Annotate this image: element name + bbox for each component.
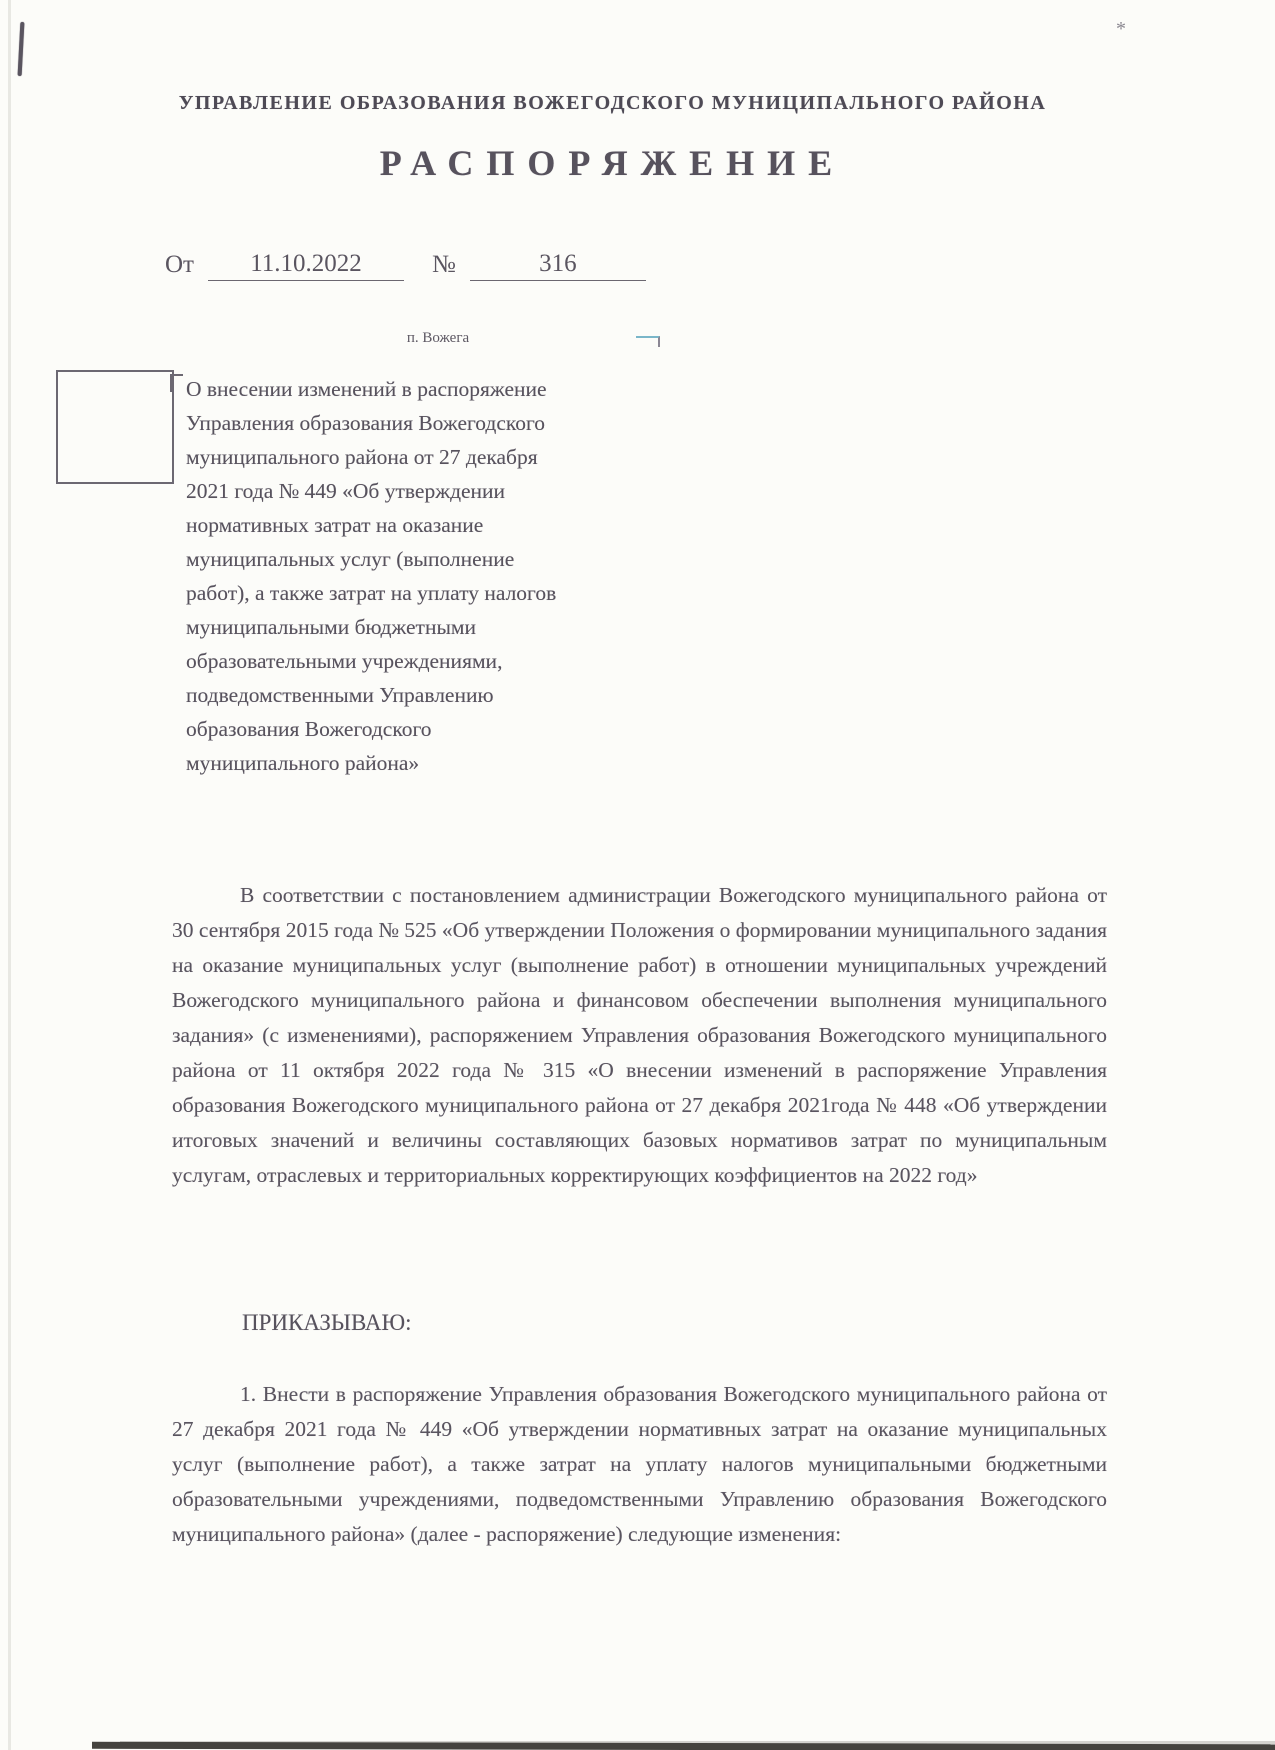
title-line: нормативных затрат на оказание [186,508,666,542]
order-keyword: ПРИКАЗЫВАЮ: [242,1310,412,1336]
number-label: № [432,251,456,281]
title-line: образования Вожегодского [186,712,666,746]
corner-bracket-right [636,336,660,347]
preamble-paragraph: В соответствии с постановлением админист… [172,878,1107,1193]
title-line: муниципального района от 27 декабря [186,440,666,474]
organization-name: УПРАВЛЕНИЕ ОБРАЗОВАНИЯ ВОЖЕГОДСКОГО МУНИ… [140,92,1085,115]
stamp-box [56,370,174,484]
date-number-row: От 11.10.2022 № 316 [165,250,646,281]
corner-bracket-left [170,374,183,392]
title-line: образовательными учреждениями, [186,644,666,678]
title-line: муниципальными бюджетными [186,610,666,644]
scan-bottom-edge [92,1742,1275,1750]
title-line: муниципальных услуг (выполнение [186,542,666,576]
pen-stroke-mark [18,22,25,76]
number-value: 316 [470,250,646,281]
title-line: О внесении изменений в распоряжение [186,372,666,406]
title-line: работ), а также затрат на уплату налогов [186,576,666,610]
date-value: 11.10.2022 [208,250,404,281]
title-line: Управления образования Вожегодского [186,406,666,440]
title-line: подведомственными Управлению [186,678,666,712]
scan-asterisk-mark: * [1116,18,1126,41]
place-name: п. Вожега [368,330,508,347]
item-1-paragraph: 1. Внести в распоряжение Управления обра… [172,1377,1107,1552]
scan-left-edge [8,0,11,1750]
scanned-document-page: * УПРАВЛЕНИЕ ОБРАЗОВАНИЯ ВОЖЕГОДСКОГО МУ… [0,0,1275,1750]
document-type-title: РАСПОРЯЖЕНИЕ [140,142,1085,184]
title-line: муниципального района» [186,746,666,780]
title-block: О внесении изменений в распоряжение Упра… [186,372,666,780]
title-line: 2021 года № 449 «Об утверждении [186,474,666,508]
date-label: От [165,251,194,281]
